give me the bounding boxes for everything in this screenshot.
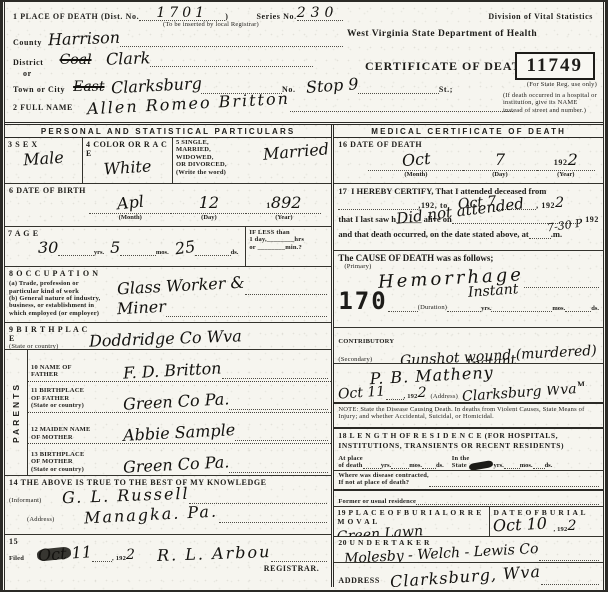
burial-192-printed: , 192	[553, 526, 567, 533]
death-192-printed: 192	[554, 158, 568, 167]
hospital-note: (If death occurred in a hospital or inst…	[503, 92, 599, 114]
mother-birthplace-label: 13 BIRTHPLACE OF MOTHER (State or countr…	[31, 451, 123, 473]
race-value: White	[86, 157, 170, 179]
occupation-b-label: (b) General nature of industry, business…	[9, 295, 117, 317]
father-name-value: F. D. Britton	[123, 360, 222, 381]
age-label: 7 A G E	[8, 229, 242, 238]
contributory-label: CONTRIBUTORY	[338, 338, 394, 345]
if-less-line2: 1 day,________hrs	[249, 236, 328, 243]
occupation-a-label: (a) Trade, profession or particular kind…	[9, 280, 117, 295]
parents-label: PARENTS	[11, 382, 21, 443]
district-struck-value: Coal	[60, 53, 92, 67]
sign-192-printed: , 192	[404, 393, 418, 400]
physician-signature: P. B. Matheny Coroner	[370, 364, 570, 386]
place-of-death-label: 1 PLACE OF DEATH (Dist. No.	[13, 12, 139, 21]
ink-scribble	[469, 460, 494, 471]
res-mos1: mos.	[409, 462, 422, 469]
death-year-caption: (Year)	[537, 171, 595, 178]
sign-address-value: Clarksburg Wva	[462, 386, 577, 404]
month-caption: (Month)	[89, 214, 171, 221]
informant-caption: (Informant)	[9, 497, 42, 504]
filed-date-value: Oct 11	[38, 544, 93, 564]
certify-text-4: and that death occurred, on the date sta…	[338, 229, 528, 239]
duration1-value: Instant	[468, 283, 519, 300]
death-month-caption: (Month)	[368, 171, 463, 178]
certificate-title: CERTIFICATE OF DEATH	[365, 59, 531, 74]
certify-192b: , 192	[536, 201, 555, 210]
if-less-line3: or ________min.?	[249, 244, 328, 251]
former-residence-label: Former or usual residence	[338, 498, 416, 505]
mos-caption: mos.	[156, 249, 169, 256]
state-reg-note: (For State Reg. use only)	[527, 81, 597, 88]
no-line	[358, 82, 439, 94]
registrar-signature: R. L. Arbou	[157, 544, 272, 564]
town-struck-value: East	[73, 80, 104, 94]
res-yrs1: yrs.	[381, 462, 391, 469]
father-birthplace-value: Green Co Pa.	[123, 391, 230, 413]
year-caption: (Year)	[246, 214, 321, 221]
certify-number: 17	[338, 186, 347, 196]
informant-address-caption: (Address)	[27, 516, 54, 523]
county-value: Harrison	[48, 30, 121, 49]
mother-maiden-name-value: Abbie Sample	[123, 422, 236, 444]
death-month-value: Oct	[401, 151, 431, 169]
paren-close: )	[225, 12, 228, 21]
certificate-header: 1 PLACE OF DEATH (Dist. No. 1701 ) Serie…	[5, 2, 603, 125]
personal-particulars-column: PERSONAL AND STATISTICAL PARTICULARS 3 S…	[5, 125, 331, 587]
sign-year-value: 2	[418, 386, 427, 400]
age-days-value: 25	[174, 239, 196, 258]
where-contracted-label: Where was disease contracted, If not at …	[338, 472, 429, 487]
mother-maiden-name-label: 12 MAIDEN NAME OF MOTHER	[31, 426, 123, 441]
death-day-value: 7	[495, 150, 505, 169]
color-race-label: 4 COLOR OR R A C E	[86, 140, 169, 158]
filed-label: Filed	[9, 555, 24, 562]
death-certificate: 1 PLACE OF DEATH (Dist. No. 1701 ) Serie…	[0, 0, 608, 592]
certificate-border: 1 PLACE OF DEATH (Dist. No. 1701 ) Serie…	[2, 2, 606, 590]
street-no-value: Stop 9	[305, 77, 359, 97]
undertaker-address-value: Clarksburg, Wva	[390, 564, 542, 587]
day-caption: (Day)	[171, 214, 246, 221]
district-value: Clark	[105, 51, 150, 69]
birth-year-value: 892	[271, 193, 302, 212]
filed-192-printed: , 192	[112, 555, 126, 562]
father-name-label: 10 NAME OF FATHER	[31, 364, 123, 379]
registration-number: 11749	[515, 52, 595, 80]
county-label: County	[13, 38, 42, 47]
date-of-burial-value: Oct 10	[493, 516, 548, 535]
res-yrs2: yrs.	[493, 462, 503, 469]
division-label: Division of Vital Statistics	[488, 12, 593, 21]
county-line	[120, 35, 343, 47]
duration1-ds: ds.	[591, 305, 599, 312]
cause-code-stamp: 170	[338, 292, 387, 311]
signature-date-value: Oct 11	[338, 386, 386, 402]
birthplace-label: 9 B I R T H P L A C E	[9, 325, 89, 343]
sex-label: 3 S E X	[8, 140, 79, 149]
age-months-value: 5	[110, 240, 120, 256]
medical-certificate-header: MEDICAL CERTIFICATE OF DEATH	[334, 125, 603, 138]
in-state-label: In the State	[452, 455, 470, 470]
birthplace-caption: (State or country)	[9, 343, 89, 350]
filed-year-value: 2	[126, 548, 135, 562]
department-title: West Virginia State Department of Health	[347, 29, 537, 39]
res-ds1: ds.	[436, 462, 444, 469]
res-mos2: mos.	[520, 462, 533, 469]
burial-year-value: 2	[567, 519, 576, 533]
occupation-b-value: Miner	[117, 299, 167, 318]
if-less-line1: IF LESS than	[249, 229, 328, 236]
duration1-caption: (Duration)	[418, 304, 447, 311]
district-number-value: 1701	[139, 6, 225, 21]
occupation-a-value: Glass Worker &	[117, 275, 245, 298]
cause-of-death-label: The CAUSE OF DEATH was as follows;	[338, 253, 599, 263]
st-label: St.;	[439, 85, 453, 94]
full-name-label: 2 FULL NAME	[13, 103, 73, 112]
birth-day-value: 12	[199, 193, 219, 212]
duration1-yrs: yrs.	[481, 305, 491, 312]
mother-birthplace-value: Green Co Pa.	[123, 454, 230, 476]
informant-address-value: Managka. Pa.	[84, 504, 219, 527]
series-no-label: Series No.	[256, 12, 296, 21]
district-line	[150, 55, 313, 67]
district-label: District	[13, 58, 44, 67]
violent-death-note: NOTE: State the Disease Causing Death. I…	[338, 406, 599, 421]
registrar-caption: REGISTRAR.	[9, 564, 319, 573]
death-day-caption: (Day)	[463, 171, 536, 178]
res-ds2: ds.	[545, 462, 553, 469]
sex-value: Male	[8, 149, 80, 170]
yrs-caption: yrs.	[94, 249, 104, 256]
ds-caption: ds.	[231, 249, 239, 256]
personal-particulars-header: PERSONAL AND STATISTICAL PARTICULARS	[5, 125, 331, 138]
birth-month-value: Apl	[116, 194, 144, 213]
death-year-value: 2	[568, 150, 578, 169]
dist-no-caption: (To be inserted by local Registrar)	[163, 21, 597, 28]
date-of-death-label: 16 DATE OF DEATH	[338, 140, 599, 149]
father-birthplace-label: 11 BIRTHPLACE OF FATHER (State or countr…	[31, 387, 123, 409]
full-name-line	[290, 100, 513, 112]
undertaker-address-label: ADDRESS	[338, 576, 380, 585]
at-place-label: At place of death	[338, 455, 363, 470]
certify-year-b: 2	[555, 196, 564, 210]
age-years-value: 30	[38, 240, 58, 256]
secondary-caption: (Secondary)	[338, 356, 372, 363]
time-of-death-value: 7-30 P	[547, 218, 584, 234]
length-of-residence-label: 18 L E N G T H OF R E S I D E N C E (FOR…	[338, 431, 599, 451]
birthplace-value: Doddridge Co Wva	[89, 328, 242, 349]
sign-address-caption: (Address)	[431, 393, 458, 400]
town-or-city-label: Town or City	[13, 85, 65, 94]
series-no-value: 230	[297, 6, 343, 21]
medical-certificate-column: MEDICAL CERTIFICATE OF DEATH 16 DATE OF …	[331, 125, 603, 587]
duration1-mos: mos.	[552, 305, 565, 312]
